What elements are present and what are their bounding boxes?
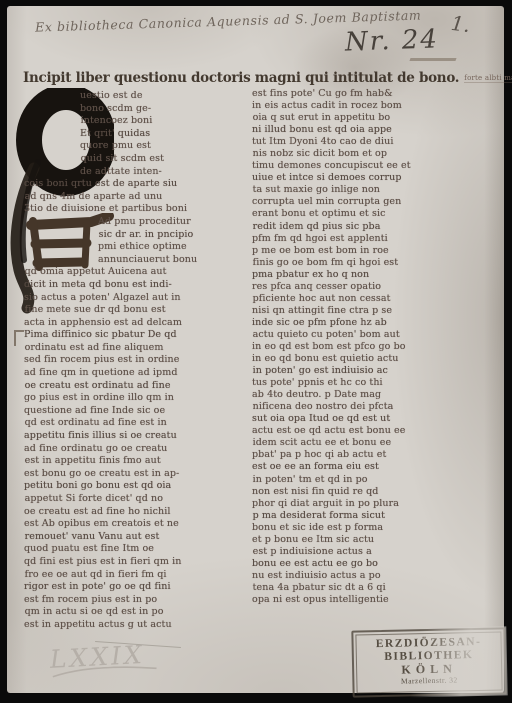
attribution-note: forte albti magni S. al usbga mgri albti (464, 74, 512, 83)
manuscript-line: sic dr ar. in pncipio (25, 229, 258, 242)
manuscript-line: in eo qd bonu est quietio actu (252, 353, 472, 365)
pencil-foliation: LXXIX (49, 639, 161, 680)
manuscript-line: idem scit actu ee et bonu ee (253, 437, 473, 449)
manuscript-line: appetitu finis illius si oe creatu (24, 430, 257, 443)
manuscript-line: pbat' pa p hoc qi ab actu et (252, 449, 472, 461)
manuscript-line: et p bonu ee Itm sic actu (252, 534, 472, 546)
manuscript-line: est p indiuisione actus a (253, 546, 473, 558)
manuscript-line: timu demones concupiscut ee et (252, 160, 472, 172)
manuscript-line: est Ab opibus em creatois et ne (24, 518, 257, 531)
manuscript-line: ad qns 4m de aparte ad unu (25, 191, 258, 204)
manuscript-line: oia q sut erut in appetitu bo (253, 112, 473, 124)
manuscript-line: qd omia appetut Auicena aut (25, 266, 258, 279)
stamp-fade-overlay (350, 626, 507, 698)
manuscript-line: nisi qn attingit fine ctra p se (252, 305, 472, 317)
manuscript-line: actu quieto cu poten' bom aut (253, 329, 473, 341)
manuscript-line: nificena deo nostro dei pfcta (253, 401, 473, 413)
manuscript-line: corrupta uel min corrupta gen (252, 196, 472, 208)
manuscript-line: redit idem qd pius sic pba (253, 221, 473, 233)
manuscript-line: est oe ee an forma eiu est (252, 461, 472, 473)
text-column-right: est fins pote' Cu go fm hab&in eis actus… (252, 88, 472, 606)
manuscript-line: in eo qd est bom est pfco go bo (252, 341, 472, 353)
manuscript-line: rigor est in pote' go oe qd fini (24, 581, 257, 594)
manuscript-line: ordinatu est ad fine aliquem (25, 342, 258, 355)
manuscript-line: bonu ee est actu ee go bo (252, 558, 472, 570)
manuscript-line: tus pote' ppnis et hc co thi (252, 377, 472, 389)
manuscript-line: sed fin rocem pius est in ordine (24, 354, 257, 367)
manuscript-line: uiue et intce si demoes corrup (252, 172, 472, 184)
manuscript-line: pfm fm qd hgoi est applenti (252, 233, 472, 245)
folio-number: 1. (450, 11, 472, 37)
manuscript-line: nis nobz sic dicit bom et op (253, 148, 473, 160)
manuscript-line: est fins pote' Cu go fm hab& (252, 88, 472, 100)
manuscript-line: go pius est in ordine illo qm in (24, 392, 257, 405)
manuscript-line: de adttate inten- (24, 166, 257, 179)
shelf-number: Nr. 24 (345, 24, 440, 57)
manuscript-line: pma pbatur ex ho q non (252, 269, 472, 281)
manuscript-line: remouet' vanu Vanu aut est (25, 531, 258, 544)
manuscript-line: petitu boni go bonu est qd oia (24, 480, 257, 493)
manuscript-line: ni illud bonu est qd oia appe (252, 124, 472, 136)
manuscript-line: tena 4a pbatur sic dt a 6 qi (253, 582, 473, 594)
manuscript-line: bonu et sic ide est p forma (252, 522, 472, 534)
manuscript-line: in eis actus cadit in rocez bom (252, 100, 472, 112)
manuscript-line: bono scdm ge- (24, 103, 257, 116)
manuscript-line: res pfca anq cesser opatio (252, 281, 472, 293)
manuscript-line: intencoez boni (25, 115, 258, 128)
manuscript-line: uestio est de (24, 90, 257, 103)
manuscript-line: inde sic oe pfm pfone hz ab (252, 317, 472, 329)
manuscript-line: sio actus a poten' Algazel aut in (24, 292, 257, 305)
manuscript-line: questione ad fine Inde sic oe (24, 405, 257, 418)
manuscript-line: ta sut maxie go inlige non (253, 184, 473, 196)
manuscript-line: oe creatu est ordinatu ad fine (25, 380, 258, 393)
manuscript-line: est fm rocem pius est in po (24, 594, 257, 607)
manuscript-line: opa ni est opus intelligentie (252, 594, 472, 606)
manuscript-line: qd fini est pius est in fieri qm in (24, 556, 257, 569)
manuscript-line: Ad pmu proceditur (24, 216, 257, 229)
manuscript-line: oe creatu est ad fine ho nichil (24, 506, 257, 519)
manuscript-photo: Ex bibliotheca Canonica Aquensis ad S. J… (0, 0, 512, 703)
manuscript-line: est in appetitu actus g ut actu (24, 619, 257, 632)
incipit-line: Incipit liber questionu doctoris magni q… (23, 67, 505, 86)
manuscript-line: non est nisi fin quid re qd (252, 486, 472, 498)
manuscript-line: ad fine ordinatu go oe creatu (24, 443, 257, 456)
ex-libris-inscription: Ex bibliotheca Canonica Aquensis ad S. J… (35, 8, 395, 34)
manuscript-line: erant bonu et optimu et sic (252, 208, 472, 220)
margin-dash (409, 58, 456, 61)
manuscript-line: qm in actu si oe qd est in po (25, 606, 258, 619)
manuscript-line: quore pmu est (24, 140, 257, 153)
manuscript-line: tut Itm Dyoni 4to cao de diui (252, 136, 472, 148)
library-stamp: ERZDIÖZESAN- BIBLIOTHEK KÖLN Marzellenst… (351, 627, 506, 697)
manuscript-line: p me oe bom est bom in roe (252, 245, 472, 257)
manuscript-line: annunciauerut bonu (24, 254, 257, 267)
manuscript-line: fine mete sue dr qd bonu est (25, 304, 258, 317)
paragraph-mark (14, 330, 24, 346)
manuscript-line: appetut Si forte dicet' qd no (25, 493, 258, 506)
manuscript-line: actu est oe qd actu est bonu ee (252, 425, 472, 437)
manuscript-line: fro ee oe aut qd in fieri fm qi (25, 569, 258, 582)
manuscript-line: cois boni qrtu est de aparte siu (24, 178, 257, 191)
manuscript-line: acta in apphensio est ad delcam (24, 317, 257, 330)
manuscript-line: finis go oe bom fm qi hgoi est (253, 257, 473, 269)
manuscript-line: phor qi diat arguit in po plura (252, 498, 472, 510)
manuscript-line: est bonu go oe creatu est in ap- (24, 468, 257, 481)
manuscript-line: quod puatu est fine Itm oe (24, 543, 257, 556)
manuscript-line: pmi ethice optime (24, 241, 257, 254)
manuscript-line: Et qrit' quidas (24, 128, 257, 141)
manuscript-line: in poten' tm et qd in po (253, 474, 473, 486)
manuscript-line: nu est indiuisio actus a po (252, 570, 472, 582)
text-column-left: uestio est debono scdm ge-intencoez boni… (24, 90, 257, 632)
manuscript-line: Pima diffinico sic pbatur De qd (24, 329, 257, 342)
manuscript-line: est in appetitu finis fmo aut (25, 455, 258, 468)
manuscript-line: ab 4to deutro. p Date mag (252, 389, 472, 401)
manuscript-line: ad fine qm in quetione ad ipmd (24, 367, 257, 380)
manuscript-line: p ma desiderat forma sicut (253, 510, 473, 522)
manuscript-line: pficiente hoc aut non cessat (253, 293, 473, 305)
manuscript-line: dicit in meta qd bonu est indi- (24, 279, 257, 292)
incipit-text: Incipit liber questionu doctoris magni q… (23, 70, 459, 86)
manuscript-line: qd est ordinatu ad fine est in (25, 417, 258, 430)
manuscript-line: 3tio de diuisione et partibus boni (24, 203, 257, 216)
manuscript-page: Ex bibliotheca Canonica Aquensis ad S. J… (7, 6, 504, 693)
manuscript-line: quid sit scdm est (25, 153, 258, 166)
manuscript-line: in poten' go est indiuisio ac (253, 365, 473, 377)
manuscript-line: sut oia opa Itud oe qd est ut (252, 413, 472, 425)
